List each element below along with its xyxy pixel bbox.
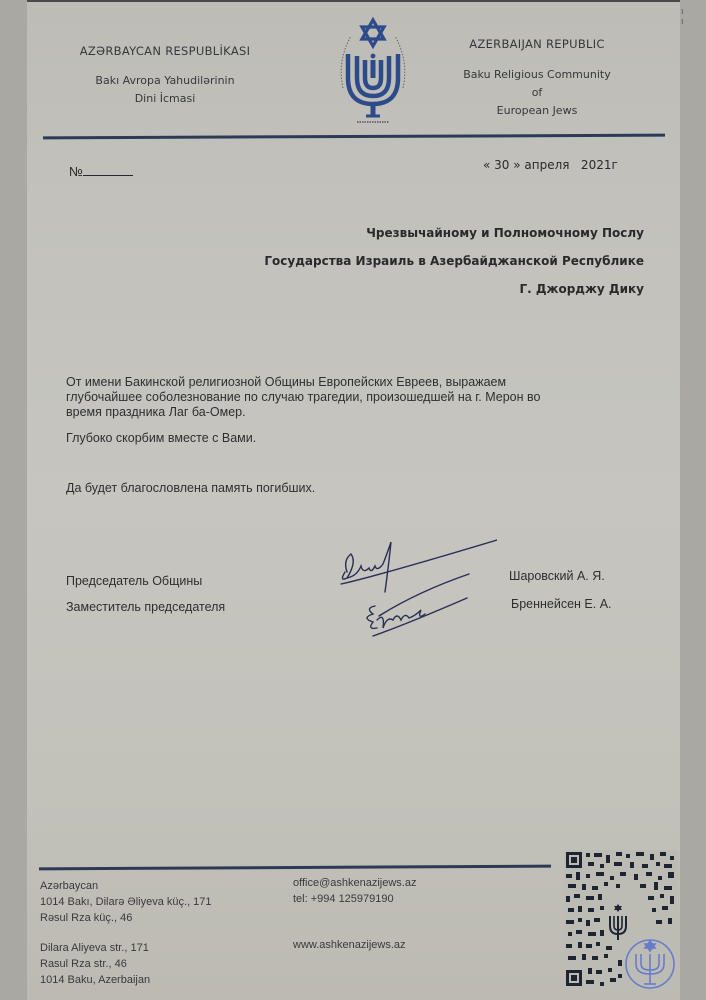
header-divider — [43, 134, 665, 140]
header-left-title: AZƏRBAYCAN RESPUBLİKASI — [75, 44, 255, 58]
footer-divider — [39, 865, 551, 871]
signatory-name-chairman: Шаровский А. Я. — [509, 569, 605, 583]
letter-body: От имени Бакинской религиозной Общины Ев… — [66, 375, 626, 507]
body-line: От имени Бакинской религиозной Общины Ев… — [66, 375, 506, 389]
footer-website-link[interactable]: www.ashkenazijews.az — [293, 937, 416, 953]
header-left-block: AZƏRBAYCAN RESPUBLİKASI Bakı Avropa Yahu… — [75, 44, 255, 108]
header-left-subtitle: Bakı Avropa Yahudilərinin Dini İcmasi — [75, 72, 255, 108]
body-paragraph-blessing: Да будет благословлена память погибших. — [66, 481, 626, 496]
addressee-block: Чрезвычайному и Полномочному Послу Госуд… — [264, 219, 644, 303]
handwritten-signatures-icon — [317, 532, 497, 642]
header-right-subtitle-line2: European Jews — [457, 102, 617, 120]
address-az-line: Azərbaycan — [40, 878, 212, 894]
addressee-line3: Г. Джорджу Дику — [264, 275, 644, 303]
qr-code-icon[interactable] — [564, 850, 679, 990]
address-en-line: 1014 Baku, Azerbaijan — [40, 972, 212, 988]
footer-phone: tel: +994 125979190 — [293, 891, 416, 907]
body-line: время праздника Лаг ба-Омер. — [66, 405, 246, 419]
header-left-subtitle-line2: Dini İcmasi — [75, 90, 255, 108]
body-paragraph-grief: Глубоко скорбим вместе с Вами. — [66, 431, 626, 446]
reference-number: № — [69, 164, 133, 179]
reference-number-label: № — [69, 164, 83, 179]
letter-page: ı ı AZƏRBAYCAN RESPUBLİKASI Bakı Avropa … — [27, 0, 680, 1000]
address-az-line: Rəsul Rza küç., 46 — [40, 910, 212, 926]
footer-email-link[interactable]: office@ashkenazijews.az — [293, 875, 416, 891]
signatory-role-chairman: Председатель Общины — [66, 574, 202, 588]
header-right-subtitle: Baku Religious Community of European Jew… — [457, 66, 617, 120]
addressee-line2: Государства Израиль в Азербайджанской Ре… — [264, 247, 644, 275]
body-paragraph-condolence: От имени Бакинской религиозной Общины Ев… — [66, 375, 626, 420]
page-edge-mark: ı ı — [681, 6, 686, 26]
header-right-block: AZERBAIJAN REPUBLIC Baku Religious Commu… — [457, 37, 617, 120]
header-right-title: AZERBAIJAN REPUBLIC — [457, 37, 617, 51]
signatory-name-deputy: Бреннейсен Е. А. — [511, 597, 612, 611]
address-az-line: 1014 Bakı, Dilarə Əliyeva küç., 171 — [40, 894, 212, 910]
address-en-line: Rasul Rza str., 46 — [40, 956, 212, 972]
signatory-role-deputy: Заместитель председателя — [66, 600, 225, 614]
header-left-subtitle-line1: Bakı Avropa Yahudilərinin — [75, 72, 255, 90]
body-line: глубочайшее соболезнование по случаю тра… — [66, 390, 540, 404]
address-en-line: Dilara Aliyeva str., 171 — [40, 940, 212, 956]
footer-contacts: office@ashkenazijews.az tel: +994 125979… — [293, 875, 416, 953]
addressee-line1: Чрезвычайному и Полномочному Послу — [264, 219, 644, 247]
reference-number-blank — [83, 164, 133, 176]
header-right-subtitle-line1: Baku Religious Community of — [457, 66, 617, 102]
letter-date: « 30 » апреля 2021г — [483, 158, 618, 172]
community-logo-icon — [333, 16, 413, 126]
footer-addresses: Azərbaycan 1014 Bakı, Dilarə Əliyeva küç… — [40, 878, 212, 988]
